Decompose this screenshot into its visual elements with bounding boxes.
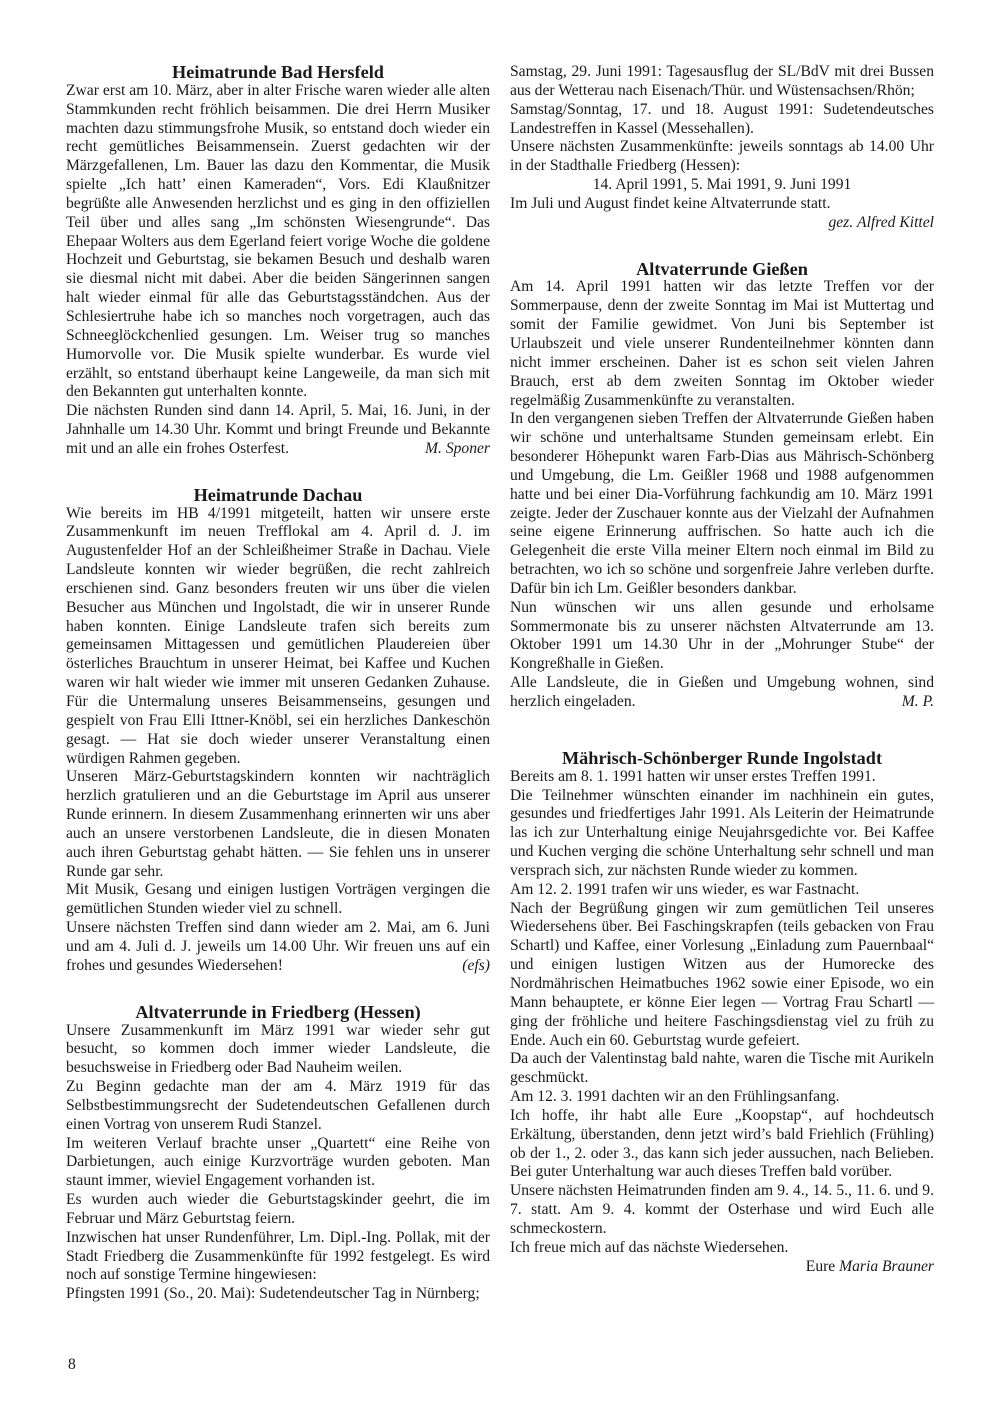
paragraph-text: Alle Landsleute, die in Gießen und Umgeb… — [510, 674, 934, 710]
signature-name: Maria Brauner — [839, 1258, 934, 1275]
paragraph: Pfingsten 1991 (So., 20. Mai): Sudetende… — [66, 1285, 490, 1304]
paragraph-text: Unsere nächsten Treffen sind dann wieder… — [66, 919, 490, 974]
signature-name: Alfred Kittel — [857, 214, 934, 231]
paragraph: Da auch der Valentinstag bald nahte, war… — [510, 1050, 934, 1088]
signature-prefix: gez. — [828, 214, 853, 231]
article-title: Heimatrunde Dachau — [66, 486, 490, 505]
signature: M. Sponer — [425, 440, 490, 459]
spacer — [510, 712, 934, 749]
paragraph: Samstag/Sonntag, 17. und 18. August 1991… — [510, 101, 934, 139]
paragraph: Die nächsten Runden sind dann 14. April,… — [66, 402, 490, 459]
paragraph: Im Juli und August findet keine Altvater… — [510, 195, 934, 214]
paragraph: Unsere nächsten Zusammenkünfte: jeweils … — [510, 138, 934, 176]
paragraph: Zwar erst am 10. März, aber in alter Fri… — [66, 82, 490, 402]
paragraph: Nun wünschen wir uns allen gesunde und e… — [510, 599, 934, 674]
dates-line: 14. April 1991, 5. Mai 1991, 9. Juni 199… — [510, 176, 934, 195]
paragraph: Alle Landsleute, die in Gießen und Umgeb… — [510, 674, 934, 712]
article-title: Heimatrunde Bad Hersfeld — [66, 63, 490, 82]
paragraph: Am 12. 3. 1991 dachten wir an den Frühli… — [510, 1088, 934, 1107]
paragraph: Inzwischen hat unser Rundenführer, Lm. D… — [66, 1229, 490, 1286]
paragraph: Am 14. April 1991 hatten wir das letzte … — [510, 278, 934, 410]
article-ingolstadt: Mährisch-Schönberger Runde Ingolstadt Be… — [510, 749, 934, 1277]
signature: M. P. — [902, 693, 934, 712]
page-number: 8 — [68, 1356, 76, 1374]
article-title: Altvaterrunde Gießen — [510, 260, 934, 279]
signature: (efs) — [462, 957, 490, 976]
paragraph: Mit Musik, Gesang und einigen lustigen V… — [66, 881, 490, 919]
paragraph: Im weiteren Verlauf brachte unser „Quart… — [66, 1135, 490, 1192]
paragraph: Bereits am 8. 1. 1991 hatten wir unser e… — [510, 768, 934, 787]
article-title: Mährisch-Schönberger Runde Ingolstadt — [510, 749, 934, 768]
paragraph: Die Teilnehmer wünschten einander im nac… — [510, 787, 934, 881]
article-friedberg: Altvaterrunde in Friedberg (Hessen) Unse… — [66, 1003, 490, 1305]
article-title: Altvaterrunde in Friedberg (Hessen) — [66, 1003, 490, 1022]
paragraph: In den vergangenen sieben Treffen der Al… — [510, 410, 934, 598]
spacer — [510, 233, 934, 260]
paragraph: Nach der Begrüßung gingen wir zum gemütl… — [510, 900, 934, 1051]
spacer — [66, 976, 490, 1003]
signature: gez. Alfred Kittel — [510, 214, 934, 233]
article-bad-hersfeld: Heimatrunde Bad Hersfeld Zwar erst am 10… — [66, 63, 490, 459]
article-dachau: Heimatrunde Dachau Wie bereits im HB 4/1… — [66, 486, 490, 976]
signature-prefix: Eure — [806, 1258, 835, 1275]
paragraph: Samstag, 29. Juni 1991: Tagesausflug der… — [510, 63, 934, 101]
left-column: Heimatrunde Bad Hersfeld Zwar erst am 10… — [66, 63, 490, 1304]
right-column: Samstag, 29. Juni 1991: Tagesausflug der… — [510, 63, 934, 1276]
paragraph: Ich hoffe, ihr habt alle Eure „Koopstap“… — [510, 1107, 934, 1182]
article-giessen: Altvaterrunde Gießen Am 14. April 1991 h… — [510, 260, 934, 712]
paragraph: Am 12. 2. 1991 trafen wir uns wieder, es… — [510, 881, 934, 900]
spacer — [66, 459, 490, 486]
signature: Eure Maria Brauner — [510, 1258, 934, 1277]
paragraph: Unsere nächsten Heimatrunden finden am 9… — [510, 1182, 934, 1239]
paragraph: Es wurden auch wieder die Geburtstagskin… — [66, 1191, 490, 1229]
paragraph: Ich freue mich auf das nächste Wiederseh… — [510, 1239, 934, 1258]
paragraph: Unsere nächsten Treffen sind dann wieder… — [66, 919, 490, 976]
paragraph: Wie bereits im HB 4/1991 mitgeteilt, hat… — [66, 505, 490, 769]
paragraph: Unsere Zusammenkunft im März 1991 war wi… — [66, 1022, 490, 1079]
paragraph: Unseren März-Geburtstagskindern konnten … — [66, 768, 490, 881]
paragraph: Zu Beginn gedachte man der am 4. März 19… — [66, 1078, 490, 1135]
article-friedberg-continued: Samstag, 29. Juni 1991: Tagesausflug der… — [510, 63, 934, 233]
